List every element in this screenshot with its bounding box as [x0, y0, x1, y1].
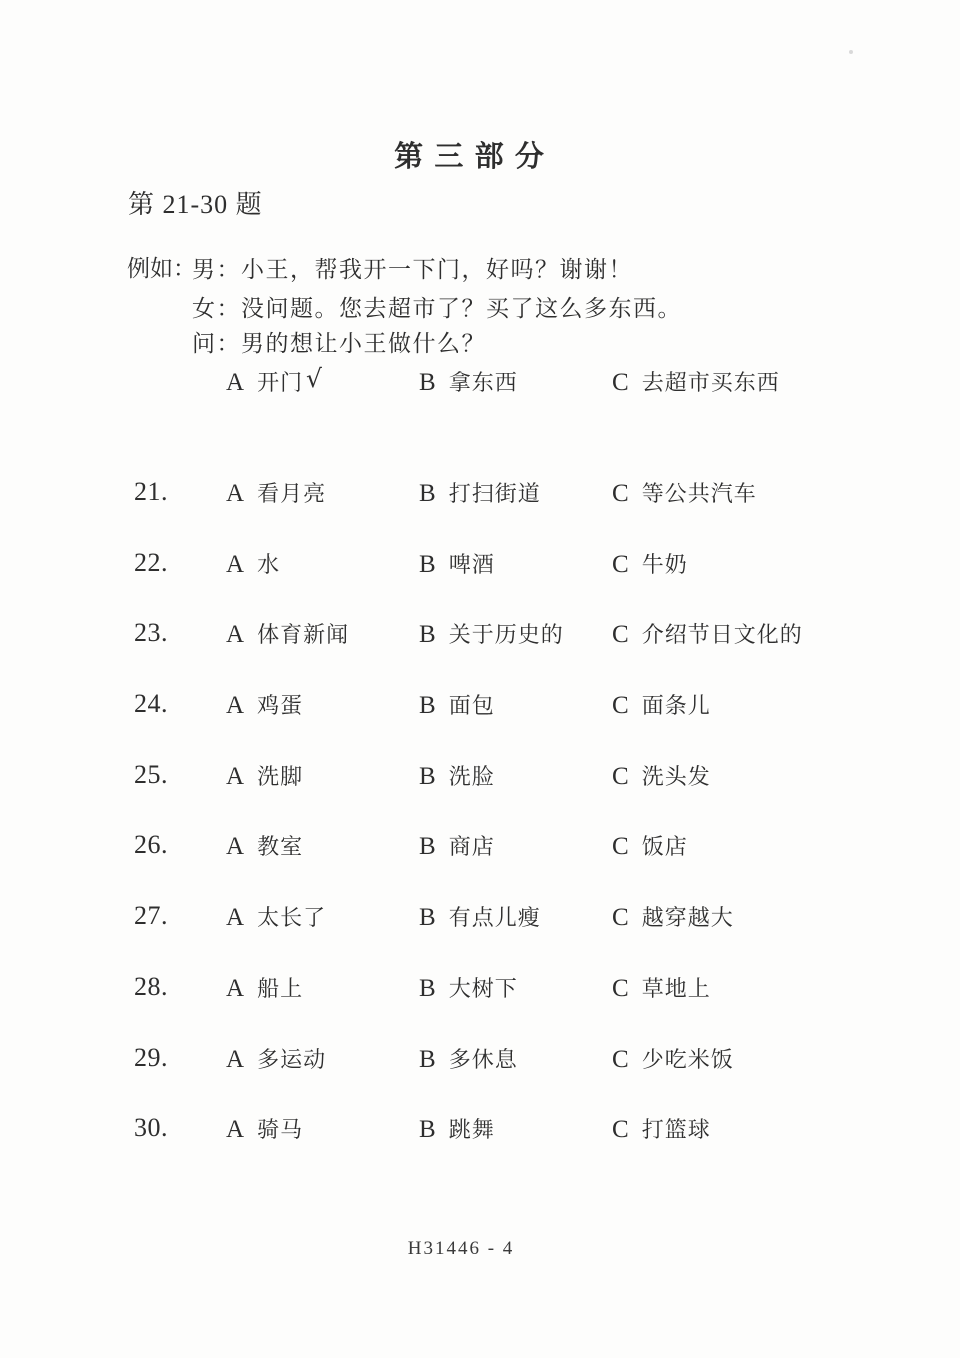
example-option-b: B 拿东西	[419, 366, 518, 397]
example-options-row: A 开门 √ B 拿东西 C 去超市买东西	[0, 366, 960, 392]
option-letter-b: B	[419, 975, 436, 1003]
option-text: 教室	[257, 830, 303, 861]
scan-artifact-dot	[533, 497, 536, 500]
option-letter-c: C	[612, 1046, 629, 1074]
option-text: 面条儿	[642, 689, 711, 720]
option-letter-c: C	[612, 369, 629, 397]
option-text: 多休息	[449, 1043, 518, 1074]
option-letter-c: C	[612, 480, 629, 508]
section-title: 第 三 部 分	[0, 134, 940, 175]
option-a: A 体育新闻	[226, 618, 349, 649]
option-text: 打篮球	[642, 1113, 711, 1144]
question-number: 29.	[134, 1043, 168, 1073]
option-a: A 水	[226, 548, 280, 579]
option-letter-c: C	[612, 551, 629, 579]
option-letter-a: A	[226, 621, 244, 649]
option-c: C 打篮球	[612, 1113, 711, 1144]
option-text: 洗头发	[642, 760, 711, 791]
option-text: 大树下	[449, 972, 518, 1003]
option-text: 少吃米饭	[642, 1043, 734, 1074]
question-row-28: 28. A 船上 B 大树下 C 草地上	[0, 972, 960, 998]
option-text: 面包	[449, 689, 495, 720]
option-c: C 面条儿	[612, 689, 711, 720]
option-b: B 有点儿瘦	[419, 901, 541, 932]
option-text: 太长了	[257, 901, 326, 932]
option-b: B 跳舞	[419, 1113, 495, 1144]
option-letter-c: C	[612, 621, 629, 649]
option-text: 看月亮	[257, 477, 326, 508]
option-c: C 等公共汽车	[612, 477, 757, 508]
option-c: C 介绍节日文化的	[612, 618, 803, 649]
option-a: A 太长了	[226, 901, 326, 932]
option-letter-b: B	[419, 621, 436, 649]
option-letter-a: A	[226, 833, 244, 861]
option-letter-b: B	[419, 904, 436, 932]
option-text: 啤酒	[449, 548, 495, 579]
option-text: 草地上	[642, 972, 711, 1003]
option-c: C 草地上	[612, 972, 711, 1003]
option-c: C 牛奶	[612, 548, 688, 579]
scan-artifact-dot	[849, 50, 853, 54]
option-text: 洗脸	[449, 760, 495, 791]
option-letter-b: B	[419, 480, 436, 508]
question-row-29: 29. A 多运动 B 多休息 C 少吃米饭	[0, 1043, 960, 1069]
option-a: A 船上	[226, 972, 303, 1003]
option-letter-a: A	[226, 692, 244, 720]
question-number: 24.	[134, 689, 168, 719]
checkmark-icon: √	[306, 364, 322, 393]
option-letter-c: C	[612, 1116, 629, 1144]
option-letter-a: A	[226, 1046, 244, 1074]
example-dialogue-line-female: 女：没问题。您去超市了？买了这么多东西。	[192, 290, 682, 323]
option-text: 介绍节日文化的	[642, 618, 803, 649]
example-dialogue-line-male: 男：小王，帮我开一下门，好吗？谢谢！	[192, 251, 633, 284]
option-c: C 少吃米饭	[612, 1043, 734, 1074]
option-c: C 洗头发	[612, 760, 711, 791]
option-letter-b: B	[419, 1046, 436, 1074]
question-number: 21.	[134, 477, 168, 507]
option-a: A 骑马	[226, 1113, 303, 1144]
option-letter-b: B	[419, 551, 436, 579]
option-text: 打扫街道	[449, 477, 541, 508]
example-option-a: A 开门	[226, 366, 303, 397]
option-b: B 洗脸	[419, 760, 495, 791]
option-letter-c: C	[612, 692, 629, 720]
option-text: 去超市买东西	[642, 366, 780, 397]
question-row-30: 30. A 骑马 B 跳舞 C 打篮球	[0, 1113, 960, 1139]
option-letter-c: C	[612, 904, 629, 932]
option-letter-b: B	[419, 1116, 436, 1144]
option-text: 开门	[257, 366, 303, 397]
option-a: A 教室	[226, 830, 303, 861]
question-row-26: 26. A 教室 B 商店 C 饭店	[0, 830, 960, 856]
option-letter-c: C	[612, 975, 629, 1003]
question-number: 22.	[134, 548, 168, 578]
example-option-c: C 去超市买东西	[612, 366, 780, 397]
option-text: 多运动	[257, 1043, 326, 1074]
option-letter-a: A	[226, 975, 244, 1003]
option-letter-a: A	[226, 1116, 244, 1144]
option-b: B 大树下	[419, 972, 518, 1003]
question-row-25: 25. A 洗脚 B 洗脸 C 洗头发	[0, 760, 960, 786]
example-label: 例如：	[127, 250, 196, 283]
example-dialogue-line-question: 问：男的想让小王做什么？	[192, 325, 486, 358]
option-letter-a: A	[226, 480, 244, 508]
question-number: 27.	[134, 901, 168, 931]
option-b: B 关于历史的	[419, 618, 564, 649]
option-text: 商店	[449, 830, 495, 861]
option-letter-a: A	[226, 551, 244, 579]
option-text: 船上	[257, 972, 303, 1003]
option-letter-b: B	[419, 763, 436, 791]
option-text: 洗脚	[257, 760, 303, 791]
option-b: B 打扫街道	[419, 477, 541, 508]
question-row-21: 21. A 看月亮 B 打扫街道 C 等公共汽车	[0, 477, 960, 503]
option-b: B 啤酒	[419, 548, 495, 579]
footer-page-code: H31446 - 4	[0, 1238, 941, 1260]
option-text: 越穿越大	[642, 901, 734, 932]
question-number: 28.	[134, 972, 168, 1002]
option-b: B 多休息	[419, 1043, 518, 1074]
option-text: 骑马	[257, 1113, 303, 1144]
question-number: 26.	[134, 830, 168, 860]
question-row-24: 24. A 鸡蛋 B 面包 C 面条儿	[0, 689, 960, 715]
option-b: B 面包	[419, 689, 495, 720]
option-text: 牛奶	[642, 548, 688, 579]
option-letter-c: C	[612, 833, 629, 861]
option-text: 饭店	[642, 830, 688, 861]
question-row-27: 27. A 太长了 B 有点儿瘦 C 越穿越大	[0, 901, 960, 927]
option-letter-c: C	[612, 763, 629, 791]
option-a: A 看月亮	[226, 477, 326, 508]
option-b: B 商店	[419, 830, 495, 861]
option-letter-b: B	[419, 692, 436, 720]
exam-page: 第 三 部 分 第 21-30 题 例如： 男：小王，帮我开一下门，好吗？谢谢！…	[0, 0, 960, 1358]
question-range-label: 第 21-30 题	[128, 184, 263, 221]
option-c: C 饭店	[612, 830, 688, 861]
option-letter-a: A	[226, 763, 244, 791]
option-text: 拿东西	[449, 366, 518, 397]
option-a: A 洗脚	[226, 760, 303, 791]
option-c: C 越穿越大	[612, 901, 734, 932]
option-text: 关于历史的	[449, 618, 564, 649]
option-letter-a: A	[226, 369, 244, 397]
question-row-23: 23. A 体育新闻 B 关于历史的 C 介绍节日文化的	[0, 618, 960, 644]
option-letter-a: A	[226, 904, 244, 932]
option-letter-b: B	[419, 369, 436, 397]
option-letter-b: B	[419, 833, 436, 861]
option-a: A 鸡蛋	[226, 689, 303, 720]
option-text: 鸡蛋	[257, 689, 303, 720]
question-list: 21. A 看月亮 B 打扫街道 C 等公共汽车 22. A 水 B 啤酒	[0, 477, 960, 1139]
option-a: A 多运动	[226, 1043, 326, 1074]
question-row-22: 22. A 水 B 啤酒 C 牛奶	[0, 548, 960, 574]
option-text: 跳舞	[449, 1113, 495, 1144]
option-text: 水	[257, 548, 280, 579]
question-number: 23.	[134, 618, 168, 648]
question-number: 25.	[134, 760, 168, 790]
option-text: 有点儿瘦	[449, 901, 541, 932]
question-number: 30.	[134, 1113, 168, 1143]
option-text: 体育新闻	[257, 618, 349, 649]
option-text: 等公共汽车	[642, 477, 757, 508]
